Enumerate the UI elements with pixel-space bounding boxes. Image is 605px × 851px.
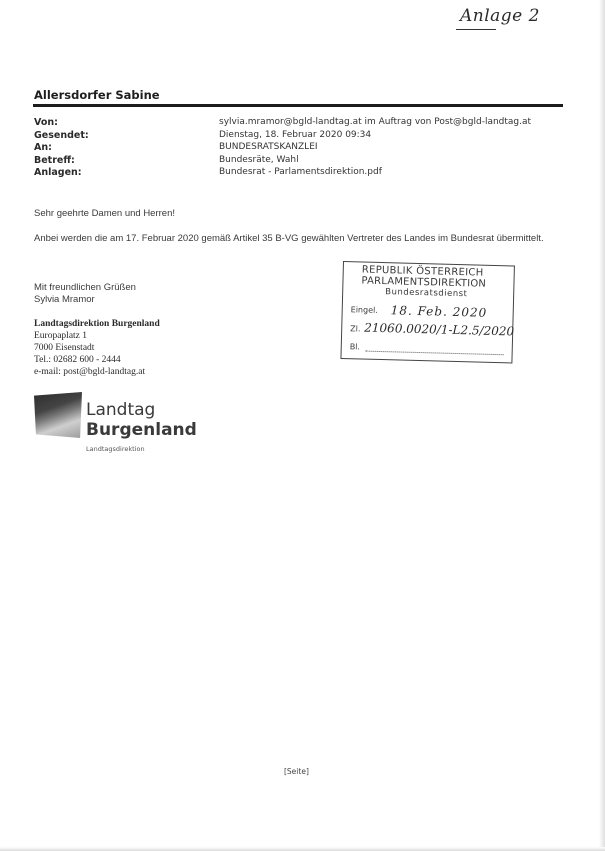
meta-label: Anlagen: — [34, 167, 82, 178]
signature-phone: Tel.: 02682 600 - 2444 — [34, 354, 160, 366]
signature-block: Landtagsdirektion Burgenland Europaplatz… — [34, 318, 160, 378]
stamp-reference-value: 21060.0020/1-L2.5/2020 — [364, 321, 514, 339]
meta-value-to: BUNDESRATSKANZLEI — [219, 142, 318, 152]
receipt-stamp: REPUBLIK ÖSTERREICH PARLAMENTSDIREKTION … — [340, 261, 515, 363]
landtag-logo: Landtag Burgenland Landtagsdirektion — [34, 388, 214, 458]
meta-value-sent: Dienstag, 18. Februar 2020 09:34 — [219, 130, 371, 140]
meta-row-subject: Betreff: Bundesräte, Wahl — [34, 155, 574, 168]
meta-value-attachments: Bundesrat - Parlamentsdirektion.pdf — [219, 167, 382, 177]
closing-phrase: Mit freundlichen Grüßen — [34, 282, 136, 294]
sender-name: Allersdorfer Sabine — [34, 88, 160, 102]
logo-subtitle: Landtagsdirektion — [86, 445, 145, 453]
meta-row-sent: Gesendet: Dienstag, 18. Februar 2020 09:… — [34, 130, 574, 143]
email-closing: Mit freundlichen Grüßen Sylvia Mramor — [34, 282, 136, 306]
meta-label: Gesendet: — [34, 130, 89, 141]
signature-email: e-mail: post@bgld-landtag.at — [34, 366, 160, 378]
signature-street: Europaplatz 1 — [34, 330, 160, 342]
meta-label: Betreff: — [34, 155, 75, 166]
logo-line2: Burgenland — [86, 420, 197, 440]
flag-icon — [34, 392, 82, 438]
closing-name: Sylvia Mramor — [34, 294, 136, 306]
meta-label: Von: — [34, 117, 58, 128]
header-divider — [33, 104, 563, 107]
stamp-sheet-label: Bl. — [350, 342, 360, 351]
signature-city: 7000 Eisenstadt — [34, 342, 160, 354]
meta-row-to: An: BUNDESRATSKANZLEI — [34, 142, 574, 155]
stamp-dotted-line — [366, 351, 504, 356]
annotation-underline — [456, 29, 496, 30]
email-body-paragraph: Anbei werden die am 17. Februar 2020 gem… — [34, 233, 544, 244]
meta-value-from: sylvia.mramor@bgld-landtag.at im Auftrag… — [219, 117, 531, 127]
stamp-line3: Bundesratsdienst — [385, 287, 467, 299]
logo-line1: Landtag — [86, 400, 155, 420]
handwritten-annotation: Anlage 2 — [460, 6, 540, 26]
signature-organization: Landtagsdirektion Burgenland — [34, 318, 160, 330]
meta-row-attachments: Anlagen: Bundesrat - Parlamentsdirektion… — [34, 167, 574, 180]
stamp-received-label: Eingel. — [351, 305, 378, 315]
page-bottom-edge — [0, 847, 605, 851]
meta-row-from: Von: sylvia.mramor@bgld-landtag.at im Au… — [34, 117, 574, 130]
page-footer: [Seite] — [284, 767, 309, 776]
email-metadata: Von: sylvia.mramor@bgld-landtag.at im Au… — [34, 117, 574, 180]
meta-label: An: — [34, 142, 52, 153]
stamp-reference-label: Zl. — [350, 324, 360, 333]
stamp-received-date: 18. Feb. 2020 — [391, 303, 488, 320]
page-edge — [599, 0, 605, 851]
meta-value-subject: Bundesräte, Wahl — [219, 155, 299, 165]
email-greeting: Sehr geehrte Damen und Herren! — [34, 208, 175, 219]
